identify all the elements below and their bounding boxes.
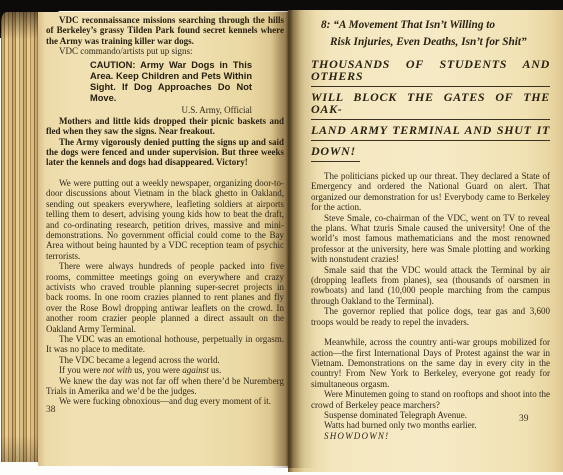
paragraph: Were Minutemen going to stand on rooftop… — [311, 389, 550, 410]
page-stack-edge — [1, 12, 38, 462]
paragraph: We knew the day was not far off when the… — [46, 376, 284, 397]
paragraph: The Army vigorously denied putting the s… — [46, 137, 284, 168]
paragraph: Watts had burned only two months earlier… — [311, 420, 550, 430]
paragraph — [311, 327, 550, 337]
slogan-line: DOWN! — [311, 145, 360, 162]
paragraph: We were fucking obnoxious—and dug every … — [46, 396, 284, 406]
right-page-text: 8: “A Movement That Isn’t Willing to Ris… — [311, 17, 550, 441]
paragraph: The VDC became a legend across the world… — [46, 355, 284, 365]
paragraph: Suspense dominated Telegraph Avenue. — [311, 410, 550, 420]
paragraph: The VDC was an emotional hothouse, perpe… — [46, 334, 284, 355]
page-number-left: 38 — [46, 405, 56, 415]
paragraph: U.S. Army, Official — [46, 105, 252, 115]
paragraph: Smale said that the VDC would attack the… — [311, 265, 550, 307]
left-page-text: VDC reconnaissance missions searching th… — [46, 15, 284, 407]
paragraph: The politicians picked up our threat. Th… — [311, 171, 550, 213]
caution-sign-text: CAUTION: Army War Dogs in This Area. Kee… — [90, 60, 252, 105]
chapter-heading-line2: Risk Injuries, Even Deaths, Isn’t for Sh… — [330, 34, 550, 51]
page-number-right: 39 — [519, 414, 529, 424]
paragraph: VDC commando/artists put up signs: — [46, 46, 284, 56]
chapter-heading: 8: “A Movement That Isn’t Willing to Ris… — [321, 17, 550, 51]
slogan-block: THOUSANDS OF STUDENTS AND OTHERSWILL BLO… — [311, 58, 550, 162]
paragraph: We were putting out a weekly newspaper, … — [46, 178, 284, 261]
paragraph: There were always hundreds of people pac… — [46, 261, 284, 334]
paragraph: SHOWDOWN! — [311, 431, 550, 441]
slogan-line: LAND ARMY TERMINAL AND SHUT IT — [311, 124, 550, 141]
paragraph — [46, 168, 284, 178]
book-photo: VDC reconnaissance missions searching th… — [0, 0, 563, 475]
paragraph: VDC reconnaissance missions searching th… — [46, 15, 284, 46]
paragraph: Steve Smale, co-chairman of the VDC, wen… — [311, 213, 550, 265]
paragraph: If you were not with us, you were agains… — [46, 365, 284, 375]
right-page-body: The politicians picked up our threat. Th… — [311, 171, 550, 441]
slogan-line: WILL BLOCK THE GATES OF THE OAK- — [311, 91, 550, 120]
slogan-line: THOUSANDS OF STUDENTS AND OTHERS — [311, 58, 550, 87]
paragraph: Mothers and little kids dropped their pi… — [46, 116, 284, 137]
chapter-heading-line1: 8: “A Movement That Isn’t Willing to — [321, 19, 495, 31]
paragraph: Meanwhile, across the country anti-war g… — [311, 337, 550, 389]
paragraph: The governor replied that police dogs, t… — [311, 306, 550, 327]
